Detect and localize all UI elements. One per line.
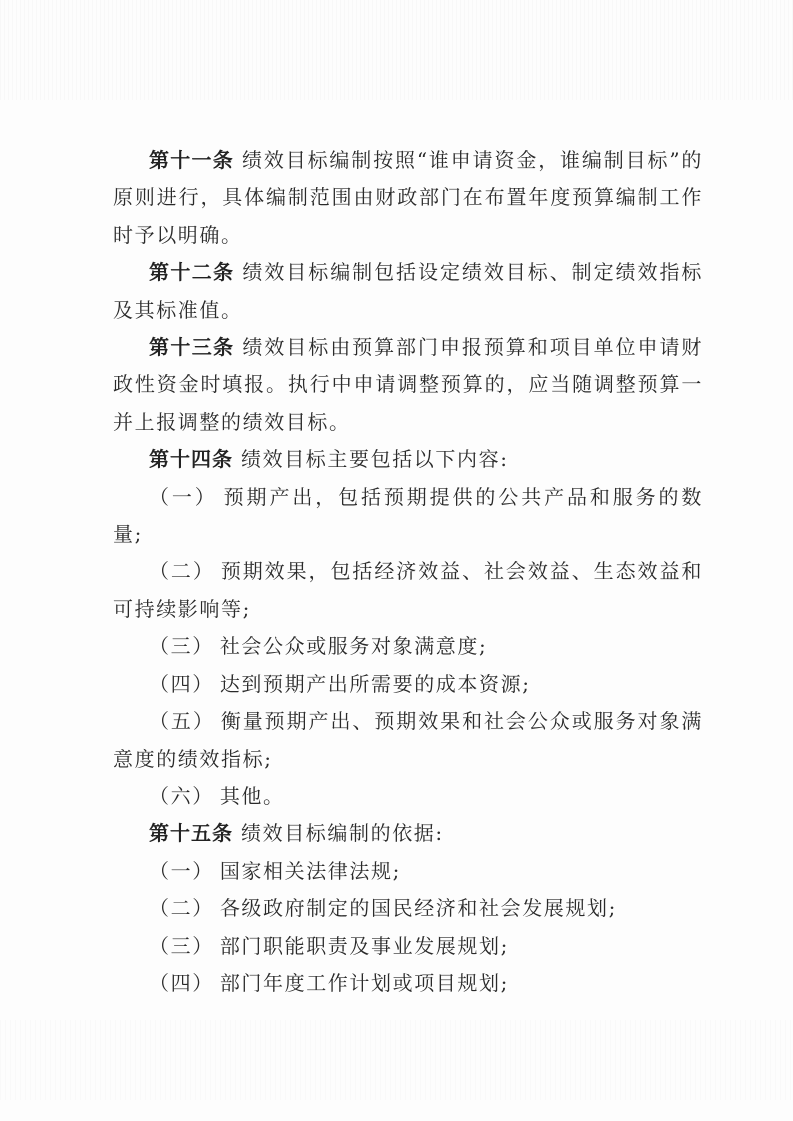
item-text: 达到预期产出所需要的成本资源; [220,672,531,696]
item-text: 其他。 [220,784,285,808]
article-12: 第十二条绩效目标编制包括设定绩效目标、制定绩效指标及其标准值。 [113,254,703,329]
item-number: （一） [149,859,214,883]
article-number: 第十一条 [149,148,234,172]
article-15: 第十五条绩效目标编制的依据: [113,815,703,852]
item-text: 国家相关法律法规; [220,859,401,883]
list-item: （五）衡量预期产出、预期效果和社会公众或服务对象满意度的绩效指标; [113,703,703,778]
article-14: 第十四条绩效目标主要包括以下内容: [113,441,703,478]
list-item: （六）其他。 [113,778,703,815]
item-number: （四） [149,672,214,696]
list-item: （四）达到预期产出所需要的成本资源; [113,666,703,703]
list-item: （一）国家相关法律法规; [113,853,703,890]
scan-artifact-top [0,0,793,100]
item-number: （五） [149,709,215,733]
article-number: 第十四条 [149,447,233,471]
item-number: （六） [149,784,214,808]
list-item: （一）预期产出，包括预期提供的公共产品和服务的数量; [113,479,703,554]
article-number: 第十二条 [149,260,234,284]
article-11: 第十一条绩效目标编制按照“谁申请资金，谁编制目标”的原则进行，具体编制范围由财政… [113,142,703,254]
list-item: （二）各级政府制定的国民经济和社会发展规划; [113,890,703,927]
item-number: （三） [149,934,214,958]
article-number: 第十三条 [149,335,234,359]
item-number: （二） [149,559,215,583]
scan-artifact-bottom [0,1020,793,1100]
item-number: （一） [149,485,218,509]
item-text: 各级政府制定的国民经济和社会发展规划; [220,896,617,920]
article-13: 第十三条绩效目标由预算部门申报预算和项目单位申请财政性资金时填报。执行中申请调整… [113,329,703,441]
article-text: 绩效目标主要包括以下内容: [241,447,509,471]
article-text: 绩效目标编制的依据: [241,821,444,845]
item-number: （四） [149,971,214,995]
item-text: 社会公众或服务对象满意度; [220,634,488,658]
item-number: （三） [149,634,214,658]
list-item: （三）社会公众或服务对象满意度; [113,628,703,665]
item-number: （二） [149,896,214,920]
list-item: （二）预期效果，包括经济效益、社会效益、生态效益和可持续影响等; [113,553,703,628]
item-text: 部门职能职责及事业发展规划; [220,934,509,958]
item-text: 部门年度工作计划或项目规划; [220,971,509,995]
article-number: 第十五条 [149,821,233,845]
document-body: 第十一条绩效目标编制按照“谁申请资金，谁编制目标”的原则进行，具体编制范围由财政… [113,142,703,1002]
list-item: （四）部门年度工作计划或项目规划; [113,965,703,1002]
list-item: （三）部门职能职责及事业发展规划; [113,928,703,965]
